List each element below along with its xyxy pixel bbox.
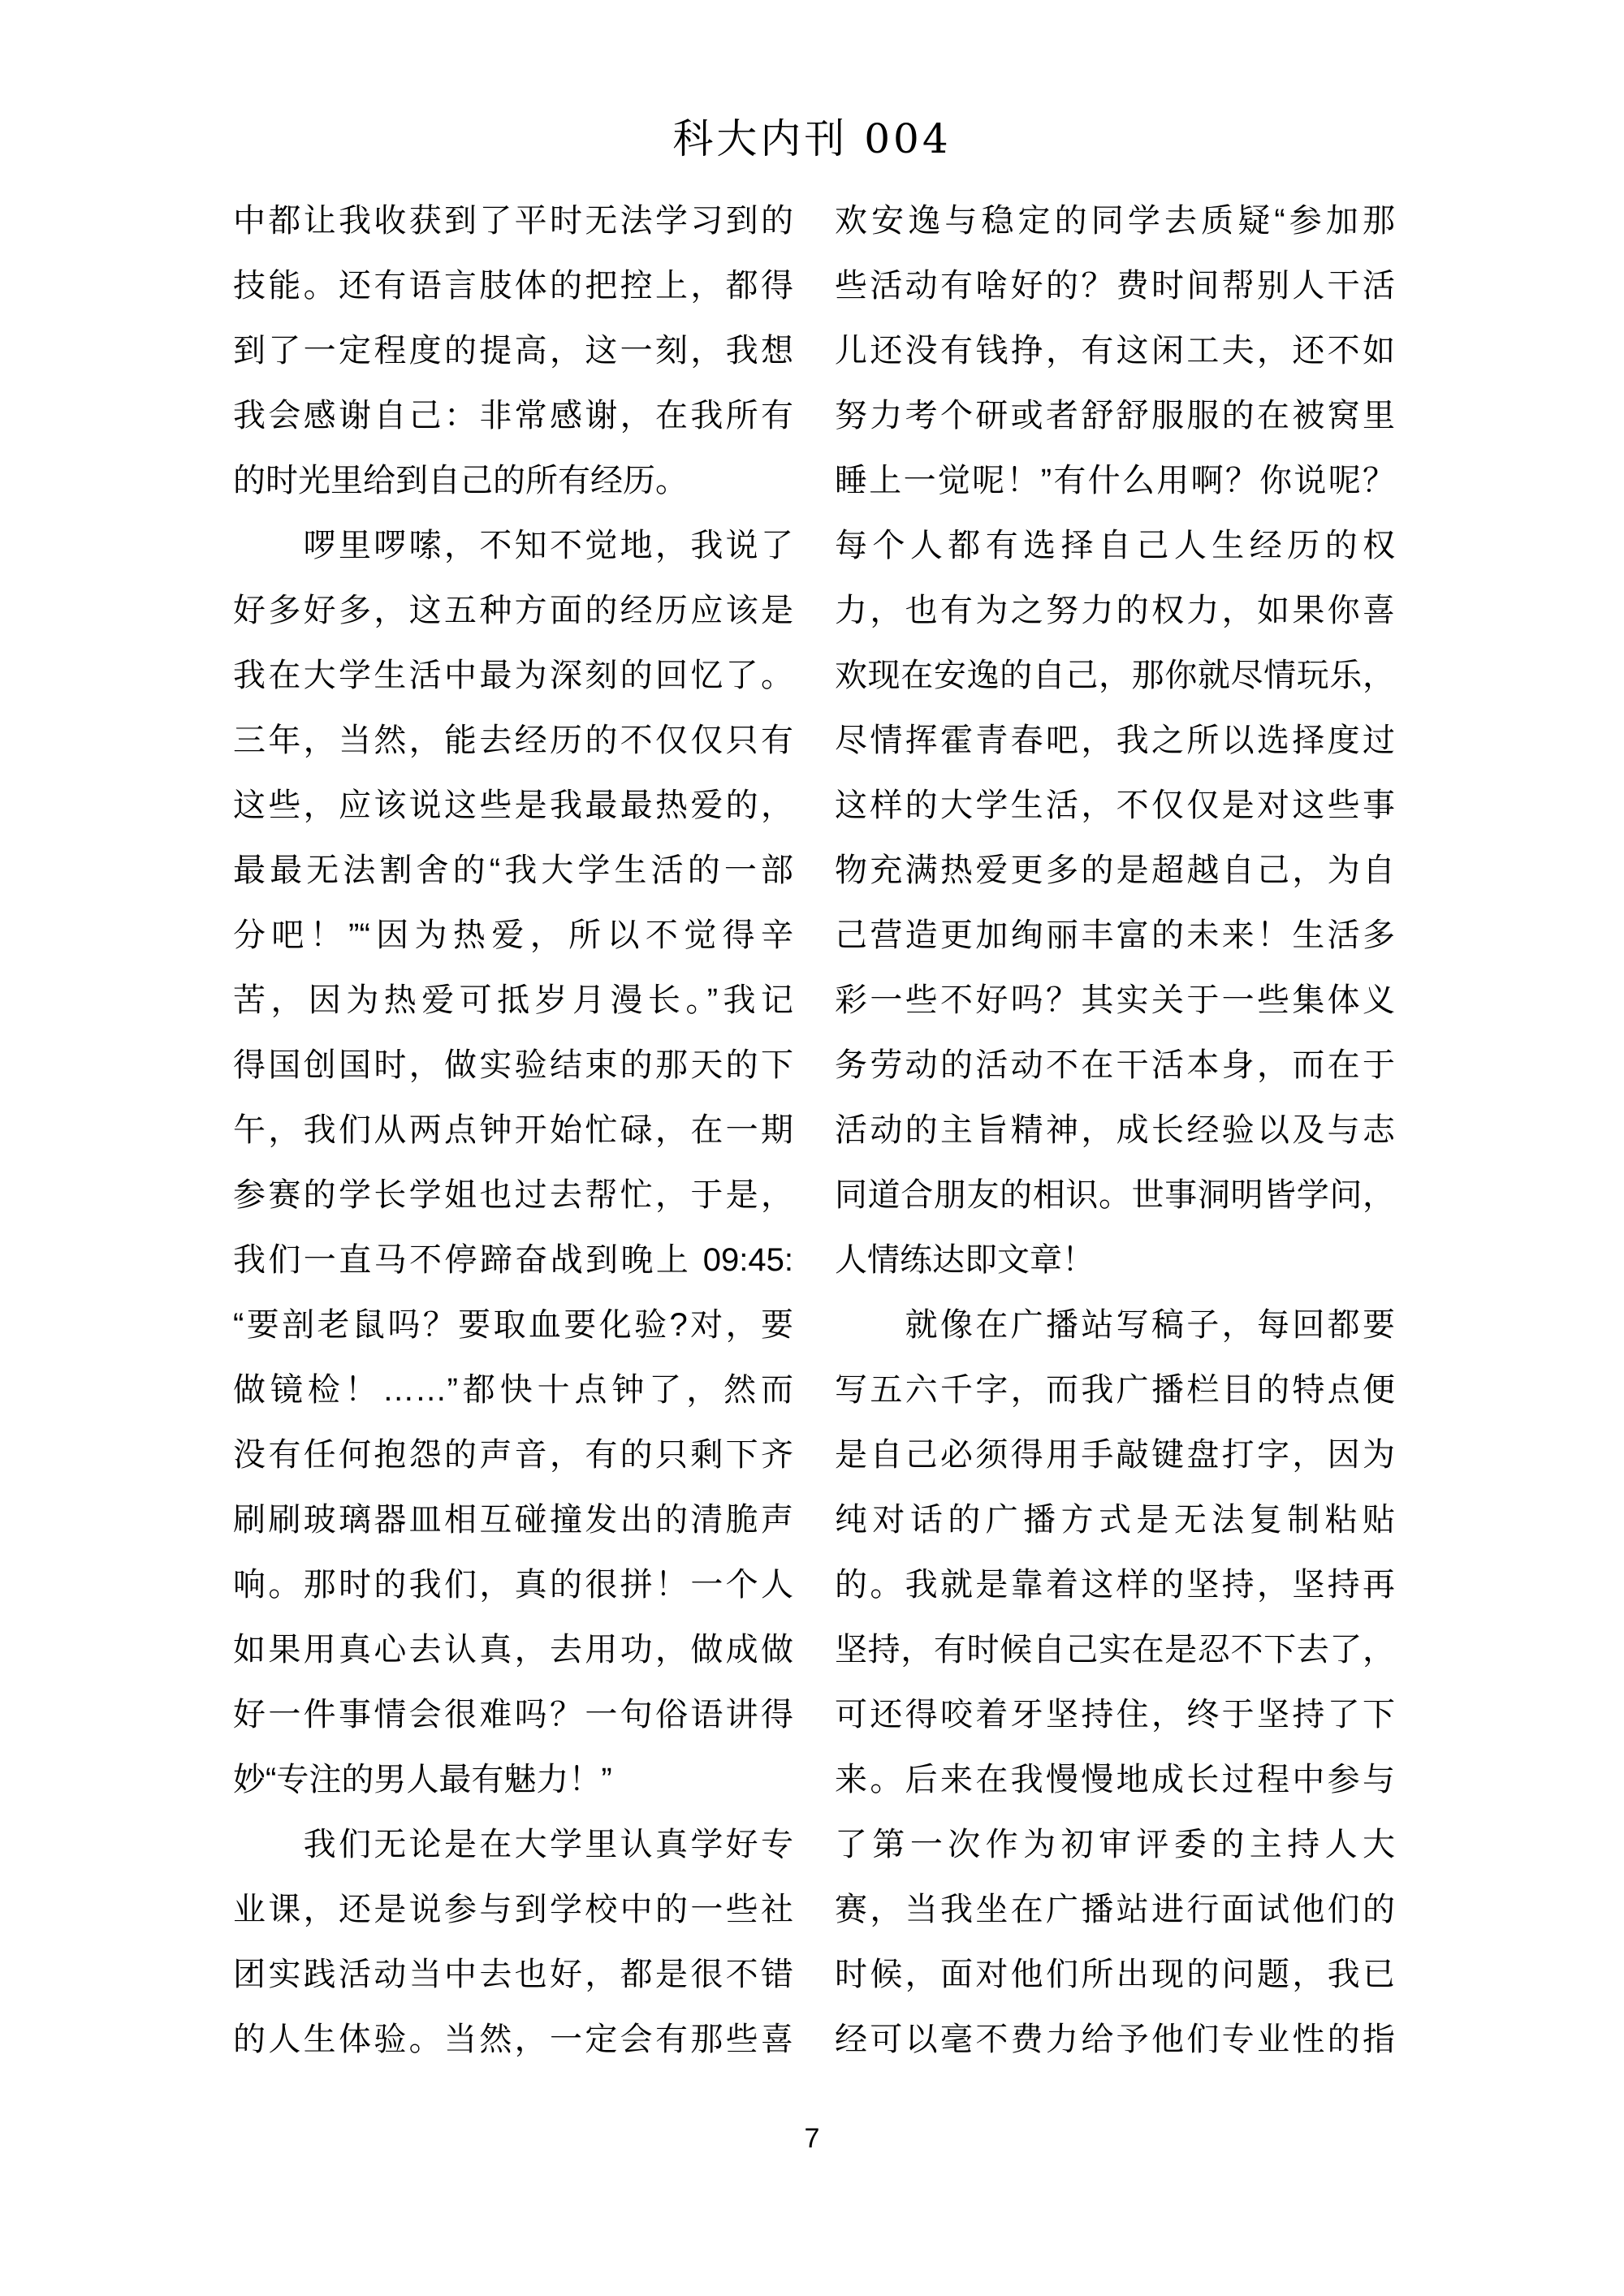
text-line: 好多好多，这五种方面的经历应该是 <box>233 578 793 643</box>
text-line: 如果用真心去认真，去用功，做成做 <box>233 1617 793 1682</box>
text-line: 啰里啰嗦，不知不觉地，我说了 <box>233 513 793 578</box>
text-line: 就像在广播站写稿子，每回都要 <box>835 1293 1395 1357</box>
page-number: 7 <box>0 2121 1624 2156</box>
text-line: 坚持，有时候自己实在是忍不下去了， <box>835 1617 1395 1682</box>
text-line: 写五六千字，而我广播栏目的特点便 <box>835 1357 1395 1422</box>
text-line: 我们无论是在大学里认真学好专 <box>233 1812 793 1877</box>
text-line: 做镜检！……”都快十点钟了，然而 <box>233 1357 793 1422</box>
text-line: 时候，面对他们所出现的问题，我已 <box>835 1942 1395 2007</box>
text-line: 没有任何抱怨的声音，有的只剩下齐 <box>233 1422 793 1487</box>
text-line: 刷刷玻璃器皿相互碰撞发出的清脆声 <box>233 1487 793 1552</box>
text-line: 业课，还是说参与到学校中的一些社 <box>233 1877 793 1942</box>
text-line: 到了一定程度的提高，这一刻，我想 <box>233 318 793 383</box>
text-line: 经可以毫不费力给予他们专业性的指 <box>835 2007 1395 2072</box>
document-page: 科大内刊 004 中都让我收获到了平时无法学习到的技能。还有语言肢体的把控上，都… <box>0 0 1624 2296</box>
text-line: 是自己必须得用手敲键盘打字，因为 <box>835 1422 1395 1487</box>
right-column: 欢安逸与稳定的同学去质疑“参加那些活动有啥好的？费时间帮别人干活儿还没有钱挣，有… <box>835 188 1395 2072</box>
text-line: 分吧！”“因为热爱，所以不觉得辛 <box>233 903 793 968</box>
text-line: 的时光里给到自己的所有经历。 <box>233 448 793 513</box>
text-line: 可还得咬着牙坚持住，终于坚持了下 <box>835 1682 1395 1747</box>
text-line: 得国创国时，做实验结束的那天的下 <box>233 1033 793 1098</box>
text-line: 同道合朋友的相识。世事洞明皆学问， <box>835 1163 1395 1228</box>
left-column: 中都让我收获到了平时无法学习到的技能。还有语言肢体的把控上，都得到了一定程度的提… <box>233 188 793 2072</box>
text-line: 好一件事情会很难吗？一句俗语讲得 <box>233 1682 793 1747</box>
text-line: 努力考个研或者舒舒服服的在被窝里 <box>835 383 1395 448</box>
text-line: 了第一次作为初审评委的主持人大 <box>835 1812 1395 1877</box>
text-line: 我们一直马不停蹄奋战到晚上 09:45: <box>233 1228 793 1293</box>
text-line: 参赛的学长学姐也过去帮忙，于是， <box>233 1163 793 1228</box>
text-line: 妙“专注的男人最有魅力！” <box>233 1747 793 1812</box>
text-line: 这样的大学生活，不仅仅是对这些事 <box>835 773 1395 838</box>
text-line: 苦，因为热爱可抵岁月漫长。”我记 <box>233 968 793 1033</box>
text-line: 响。那时的我们，真的很拼！一个人 <box>233 1552 793 1617</box>
text-line: 务劳动的活动不在干活本身，而在于 <box>835 1033 1395 1098</box>
text-line: 彩一些不好吗？其实关于一些集体义 <box>835 968 1395 1033</box>
text-line: 睡上一觉呢！”有什么用啊？你说呢？ <box>835 448 1395 513</box>
page-header: 科大内刊 004 <box>0 114 1624 164</box>
text-line: 活动的主旨精神，成长经验以及与志 <box>835 1098 1395 1163</box>
text-line: 尽情挥霍青春吧，我之所以选择度过 <box>835 708 1395 773</box>
text-line: 纯对话的广播方式是无法复制粘贴 <box>835 1487 1395 1552</box>
text-line: 来。后来在我慢慢地成长过程中参与 <box>835 1747 1395 1812</box>
text-line: 团实践活动当中去也好，都是很不错 <box>233 1942 793 2007</box>
two-column-text-body: 中都让我收获到了平时无法学习到的技能。还有语言肢体的把控上，都得到了一定程度的提… <box>233 188 1395 2072</box>
text-line: 赛，当我坐在广播站进行面试他们的 <box>835 1877 1395 1942</box>
text-line: 些活动有啥好的？费时间帮别人干活 <box>835 253 1395 318</box>
text-line: 午，我们从两点钟开始忙碌，在一期 <box>233 1098 793 1163</box>
text-line: 三年，当然，能去经历的不仅仅只有 <box>233 708 793 773</box>
text-line: 我在大学生活中最为深刻的回忆了。 <box>233 643 793 708</box>
text-line: 这些，应该说这些是我最最热爱的， <box>233 773 793 838</box>
text-line: 欢现在安逸的自己，那你就尽情玩乐， <box>835 643 1395 708</box>
text-line: 力，也有为之努力的权力，如果你喜 <box>835 578 1395 643</box>
text-line: 最最无法割舍的“我大学生活的一部 <box>233 838 793 903</box>
text-line: 我会感谢自己：非常感谢，在我所有 <box>233 383 793 448</box>
text-line: 欢安逸与稳定的同学去质疑“参加那 <box>835 188 1395 253</box>
text-line: 的。我就是靠着这样的坚持，坚持再 <box>835 1552 1395 1617</box>
text-line: 人情练达即文章！ <box>835 1228 1395 1293</box>
text-line: 物充满热爱更多的是超越自己，为自 <box>835 838 1395 903</box>
text-line: 每个人都有选择自己人生经历的权 <box>835 513 1395 578</box>
text-line: 儿还没有钱挣，有这闲工夫，还不如 <box>835 318 1395 383</box>
text-line: 中都让我收获到了平时无法学习到的 <box>233 188 793 253</box>
text-line: 己营造更加绚丽丰富的未来！生活多 <box>835 903 1395 968</box>
text-line: 的人生体验。当然，一定会有那些喜 <box>233 2007 793 2072</box>
text-line: 技能。还有语言肢体的把控上，都得 <box>233 253 793 318</box>
text-line: “要剖老鼠吗？要取血要化验?对，要 <box>233 1293 793 1357</box>
